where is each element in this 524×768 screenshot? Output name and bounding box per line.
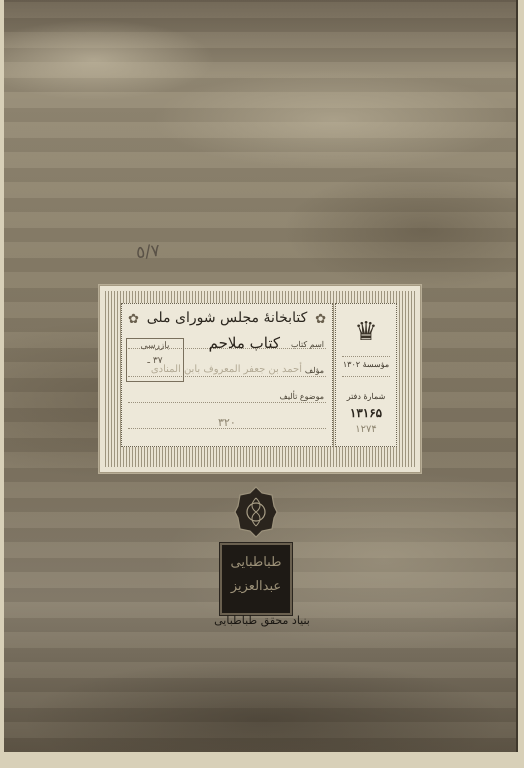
label-side-panel: ♛ مؤسسهٔ ۱۳۰۲ شمارهٔ دفتر ۱۳۱۶۵ ۱۲۷۴ [335, 303, 397, 447]
library-title: کتابخانهٔ مجلس شورای ملی [122, 310, 332, 326]
register-hand-number: ۱۲۷۴ [336, 424, 396, 435]
hand-number: ۳۲۰ [218, 416, 236, 429]
register-number: ۱۳۱۶۵ [336, 406, 396, 420]
stamp-top-text: بازرسی [127, 339, 183, 354]
register-label: شمارهٔ دفتر [336, 392, 396, 401]
calligraphy-seal: طباطبایی عبدالعزیز [220, 543, 292, 615]
stamp-bottom-text: ۳۷ ـ [127, 354, 183, 369]
ornamental-medallion-icon [234, 486, 278, 538]
row-line [342, 356, 390, 357]
page-background: ٥/٧ ✿ ✿ کتابخانهٔ مجلس شورای ملی اسم کتا… [0, 0, 524, 768]
author-label: مؤلف [305, 366, 324, 375]
lion-and-sun-emblem-icon: ♛ [346, 312, 386, 352]
row-line [128, 402, 326, 403]
inspection-stamp: بازرسی ۳۷ ـ [126, 338, 184, 382]
library-label: ✿ ✿ کتابخانهٔ مجلس شورای ملی اسم کتاب کت… [98, 284, 422, 474]
calligraphy-text: طباطبایی عبدالعزیز [226, 551, 286, 609]
book-name-value: کتاب ملاحم [209, 334, 280, 352]
label-main-panel: ✿ ✿ کتابخانهٔ مجلس شورای ملی اسم کتاب کت… [121, 303, 333, 447]
row-line [342, 376, 390, 377]
book-name-label: اسم کتاب [291, 340, 324, 349]
foundation-name: بنیاد محقق طباطبایی [200, 614, 324, 627]
subject-label: موضوع تألیف [280, 392, 324, 401]
founded-label: مؤسسهٔ ۱۳۰۲ [336, 360, 396, 369]
pencil-note: ٥/٧ [135, 241, 161, 263]
